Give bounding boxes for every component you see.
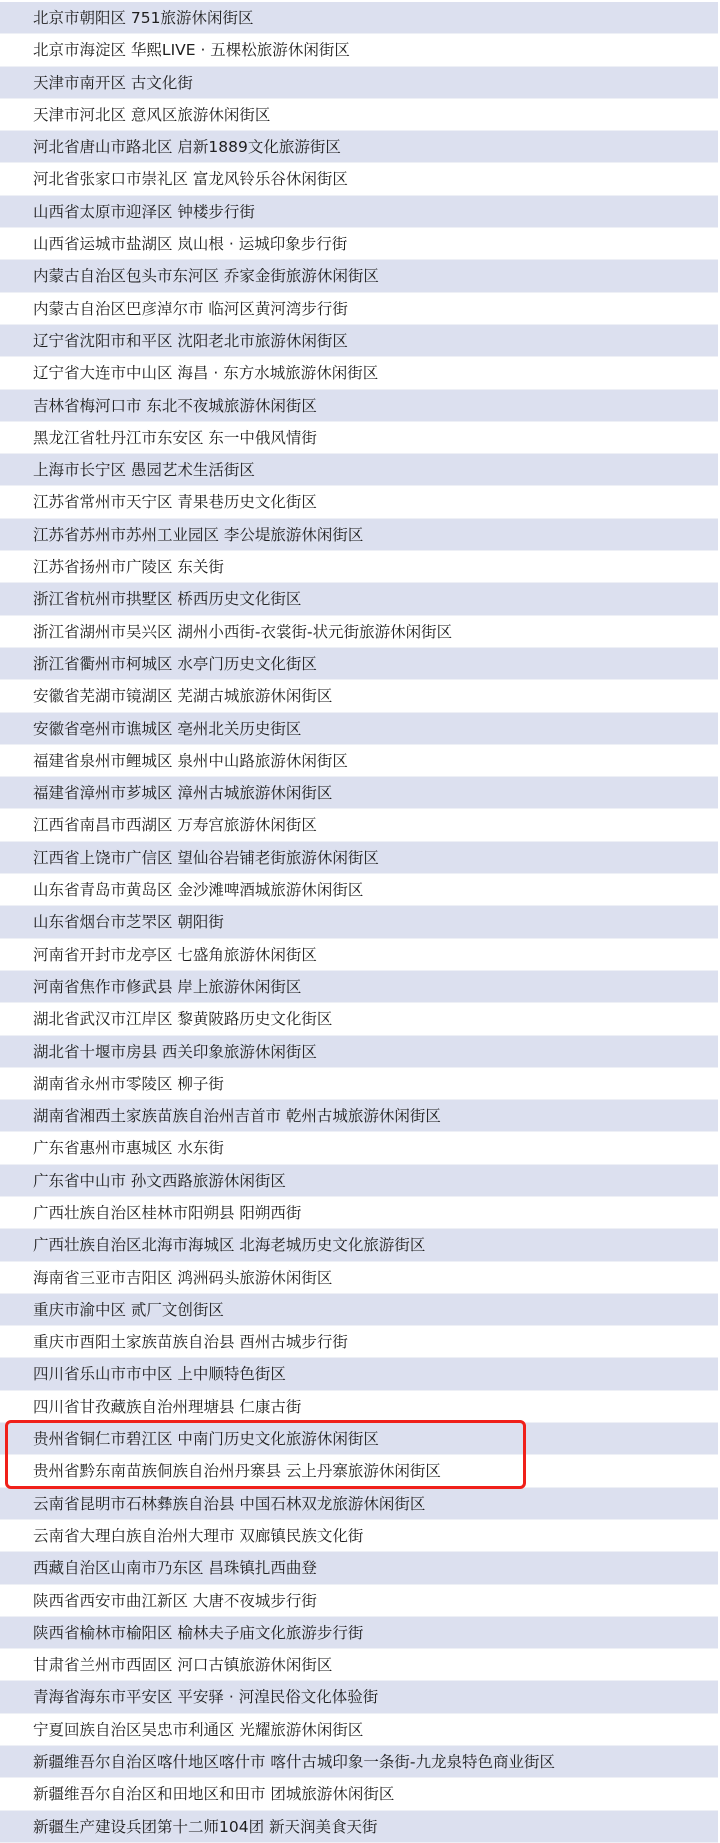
- list-item: 云南省大理白族自治州大理市 双廊镇民族文化街: [0, 1520, 718, 1552]
- list-item: 天津市河北区 意风区旅游休闲街区: [0, 99, 718, 131]
- list-item: 湖南省湘西土家族苗族自治州吉首市 乾州古城旅游休闲街区: [0, 1100, 718, 1132]
- list-item: 陕西省榆林市榆阳区 榆林夫子庙文化旅游步行街: [0, 1617, 718, 1649]
- list-item: 重庆市酉阳土家族苗族自治县 酉州古城步行街: [0, 1326, 718, 1358]
- list-item: 四川省乐山市市中区 上中顺特色街区: [0, 1358, 718, 1390]
- list-item: 江苏省常州市天宁区 青果巷历史文化街区: [0, 486, 718, 518]
- list-item: 广东省中山市 孙文西路旅游休闲街区: [0, 1165, 718, 1197]
- list-item: 上海市长宁区 愚园艺术生活街区: [0, 454, 718, 486]
- list-item: 贵州省铜仁市碧江区 中南门历史文化旅游休闲街区: [0, 1423, 718, 1455]
- list-item: 山东省青岛市黄岛区 金沙滩啤酒城旅游休闲街区: [0, 874, 718, 906]
- list-item: 河北省唐山市路北区 启新1889文化旅游街区: [0, 131, 718, 163]
- list-item: 山西省运城市盐湖区 岚山根 · 运城印象步行街: [0, 228, 718, 260]
- list-item: 天津市南开区 古文化街: [0, 67, 718, 99]
- list-item: 新疆生产建设兵团第十二师104团 新天润美食天街: [0, 1811, 718, 1843]
- list-item: 北京市海淀区 华熙LIVE · 五棵松旅游休闲街区: [0, 34, 718, 66]
- list-item: 浙江省衢州市柯城区 水亭门历史文化街区: [0, 648, 718, 680]
- list-item: 安徽省芜湖市镜湖区 芜湖古城旅游休闲街区: [0, 680, 718, 712]
- list-item: 北京市朝阳区 751旅游休闲街区: [0, 2, 718, 34]
- list-item: 吉林省梅河口市 东北不夜城旅游休闲街区: [0, 390, 718, 422]
- list-item: 福建省泉州市鲤城区 泉州中山路旅游休闲街区: [0, 745, 718, 777]
- list-item: 广西壮族自治区桂林市阳朔县 阳朔西街: [0, 1197, 718, 1229]
- list-item: 湖北省武汉市江岸区 黎黄陂路历史文化街区: [0, 1003, 718, 1035]
- list-item: 新疆维吾尔自治区喀什地区喀什市 喀什古城印象一条街-九龙泉特色商业街区: [0, 1746, 718, 1778]
- list-item: 云南省昆明市石林彝族自治县 中国石林双龙旅游休闲街区: [0, 1488, 718, 1520]
- list-item: 海南省三亚市吉阳区 鸿洲码头旅游休闲街区: [0, 1262, 718, 1294]
- list-item: 辽宁省大连市中山区 海昌 · 东方水城旅游休闲街区: [0, 357, 718, 389]
- list-item: 河南省焦作市修武县 岸上旅游休闲街区: [0, 971, 718, 1003]
- list-item: 浙江省杭州市拱墅区 桥西历史文化街区: [0, 583, 718, 615]
- list-item: 辽宁省沈阳市和平区 沈阳老北市旅游休闲街区: [0, 325, 718, 357]
- list-item: 广东省惠州市惠城区 水东街: [0, 1132, 718, 1164]
- list-item: 重庆市渝中区 贰厂文创街区: [0, 1294, 718, 1326]
- list-item: 安徽省亳州市谯城区 亳州北关历史街区: [0, 713, 718, 745]
- list-item: 河北省张家口市崇礼区 富龙风铃乐谷休闲街区: [0, 163, 718, 195]
- list-item: 湖南省永州市零陵区 柳子街: [0, 1068, 718, 1100]
- list-item: 山西省太原市迎泽区 钟楼步行街: [0, 196, 718, 228]
- list-item: 广西壮族自治区北海市海城区 北海老城历史文化旅游街区: [0, 1229, 718, 1261]
- list-item: 福建省漳州市芗城区 漳州古城旅游休闲街区: [0, 777, 718, 809]
- list-item: 内蒙古自治区包头市东河区 乔家金街旅游休闲街区: [0, 260, 718, 292]
- list-item: 西藏自治区山南市乃东区 昌珠镇扎西曲登: [0, 1552, 718, 1584]
- list-item: 浙江省湖州市吴兴区 湖州小西街-衣裳街-状元街旅游休闲街区: [0, 616, 718, 648]
- list-item: 宁夏回族自治区吴忠市利通区 光耀旅游休闲街区: [0, 1714, 718, 1746]
- list-item: 江苏省苏州市苏州工业园区 李公堤旅游休闲街区: [0, 519, 718, 551]
- list-item: 黑龙江省牡丹江市东安区 东一中俄风情街: [0, 422, 718, 454]
- list-item: 江西省上饶市广信区 望仙谷岩铺老街旅游休闲街区: [0, 842, 718, 874]
- list-item: 青海省海东市平安区 平安驿 · 河湟民俗文化体验街: [0, 1681, 718, 1713]
- list-item: 陕西省西安市曲江新区 大唐不夜城步行街: [0, 1585, 718, 1617]
- list-item: 甘肃省兰州市西固区 河口古镇旅游休闲街区: [0, 1649, 718, 1681]
- list-item: 江西省南昌市西湖区 万寿宫旅游休闲街区: [0, 809, 718, 841]
- list-item: 四川省甘孜藏族自治州理塘县 仁康古街: [0, 1391, 718, 1423]
- list-item: 江苏省扬州市广陵区 东关街: [0, 551, 718, 583]
- list-item: 山东省烟台市芝罘区 朝阳街: [0, 906, 718, 938]
- list-item: 内蒙古自治区巴彦淖尔市 临河区黄河湾步行街: [0, 293, 718, 325]
- list-item: 河南省开封市龙亭区 七盛角旅游休闲街区: [0, 939, 718, 971]
- list-item: 湖北省十堰市房县 西关印象旅游休闲街区: [0, 1036, 718, 1068]
- list-item: 贵州省黔东南苗族侗族自治州丹寨县 云上丹寨旅游休闲街区: [0, 1455, 718, 1487]
- street-district-list: 北京市朝阳区 751旅游休闲街区北京市海淀区 华熙LIVE · 五棵松旅游休闲街…: [0, 2, 718, 1843]
- list-item: 新疆维吾尔自治区和田地区和田市 团城旅游休闲街区: [0, 1778, 718, 1810]
